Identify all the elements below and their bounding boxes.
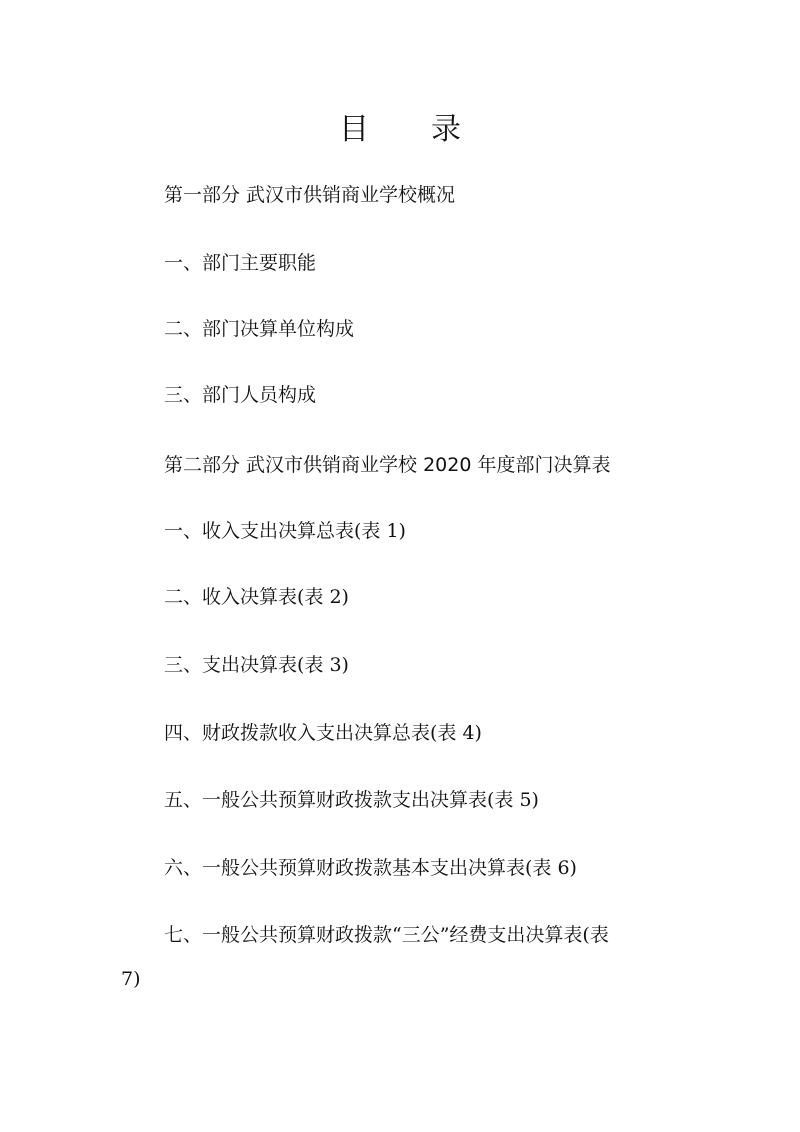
title-char-2: 录 [431, 104, 461, 148]
toc-item: 六、一般公共预算财政拨款基本支出决算表(表 6) [164, 853, 577, 880]
toc-item: 三、部门人员构成 [164, 380, 316, 407]
page-title: 目录 [0, 104, 800, 148]
toc-item: 七、一般公共预算财政拨款“三公”经费支出决算表(表 [164, 920, 609, 947]
toc-item: 四、财政拨款收入支出决算总表(表 4) [164, 718, 482, 745]
title-char-1: 目 [339, 104, 369, 148]
toc-item: 一、收入支出决算总表(表 1) [164, 516, 406, 543]
toc-item: 二、部门决算单位构成 [164, 314, 354, 341]
toc-part-1-heading: 第一部分 武汉市供销商业学校概况 [164, 180, 455, 207]
toc-item: 二、收入决算表(表 2) [164, 582, 349, 609]
toc-item: 一、部门主要职能 [164, 248, 316, 275]
toc-item: 三、支出决算表(表 3) [164, 650, 349, 677]
toc-part-2-heading: 第二部分 武汉市供销商业学校 2020 年度部门决算表 [164, 450, 610, 477]
toc-item: 五、一般公共预算财政拨款支出决算表(表 5) [164, 785, 539, 812]
toc-item-continuation: 7) [121, 968, 141, 990]
